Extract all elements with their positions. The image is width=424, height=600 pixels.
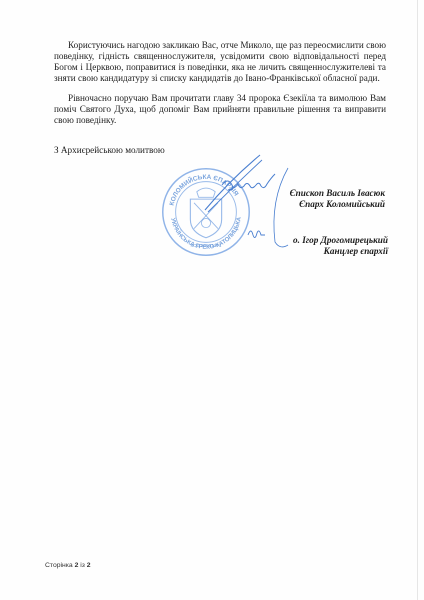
signatory-title: Єпарх Коломийський xyxy=(285,199,385,210)
document-page: Користуючись нагодою закликаю Вас, отче … xyxy=(0,0,424,600)
signatory-bishop: Єпископ Василь Івасюк Єпарх Коломийський xyxy=(285,188,385,210)
footer-current-page: 2 xyxy=(75,562,79,569)
seal-stamp-icon: КОЛОМИЙСЬКА ЄПАРХІЯ УКРАЇНСЬКА ГРЕКО-КАТ… xyxy=(160,166,252,258)
signatory-title: Канцлер єпархії xyxy=(280,246,388,257)
paragraph-appeal: Користуючись нагодою закликаю Вас, отче … xyxy=(54,40,386,84)
footer-separator: із xyxy=(80,562,85,569)
closing-phrase: З Архиєрейською молитвою xyxy=(54,145,165,155)
paragraph-text: Користуючись нагодою закликаю Вас, отче … xyxy=(54,40,386,83)
svg-text:КОД 20551371: КОД 20551371 xyxy=(191,243,222,248)
footer-prefix: Сторінка xyxy=(45,562,73,569)
paragraph-instruction: Рівночасно поручаю Вам прочитати главу 3… xyxy=(54,93,386,126)
signatory-name: Єпископ Василь Івасюк xyxy=(285,188,385,199)
signatory-chancellor: о. Ігор Дрогомирецький Канцлер єпархії xyxy=(280,235,388,257)
signatory-name: о. Ігор Дрогомирецький xyxy=(280,235,388,246)
footer-total-pages: 2 xyxy=(87,562,91,569)
scan-edge-line xyxy=(417,0,418,600)
paragraph-text: Рівночасно поручаю Вам прочитати главу 3… xyxy=(54,93,386,125)
page-number-footer: Сторінка 2 із 2 xyxy=(45,562,91,569)
